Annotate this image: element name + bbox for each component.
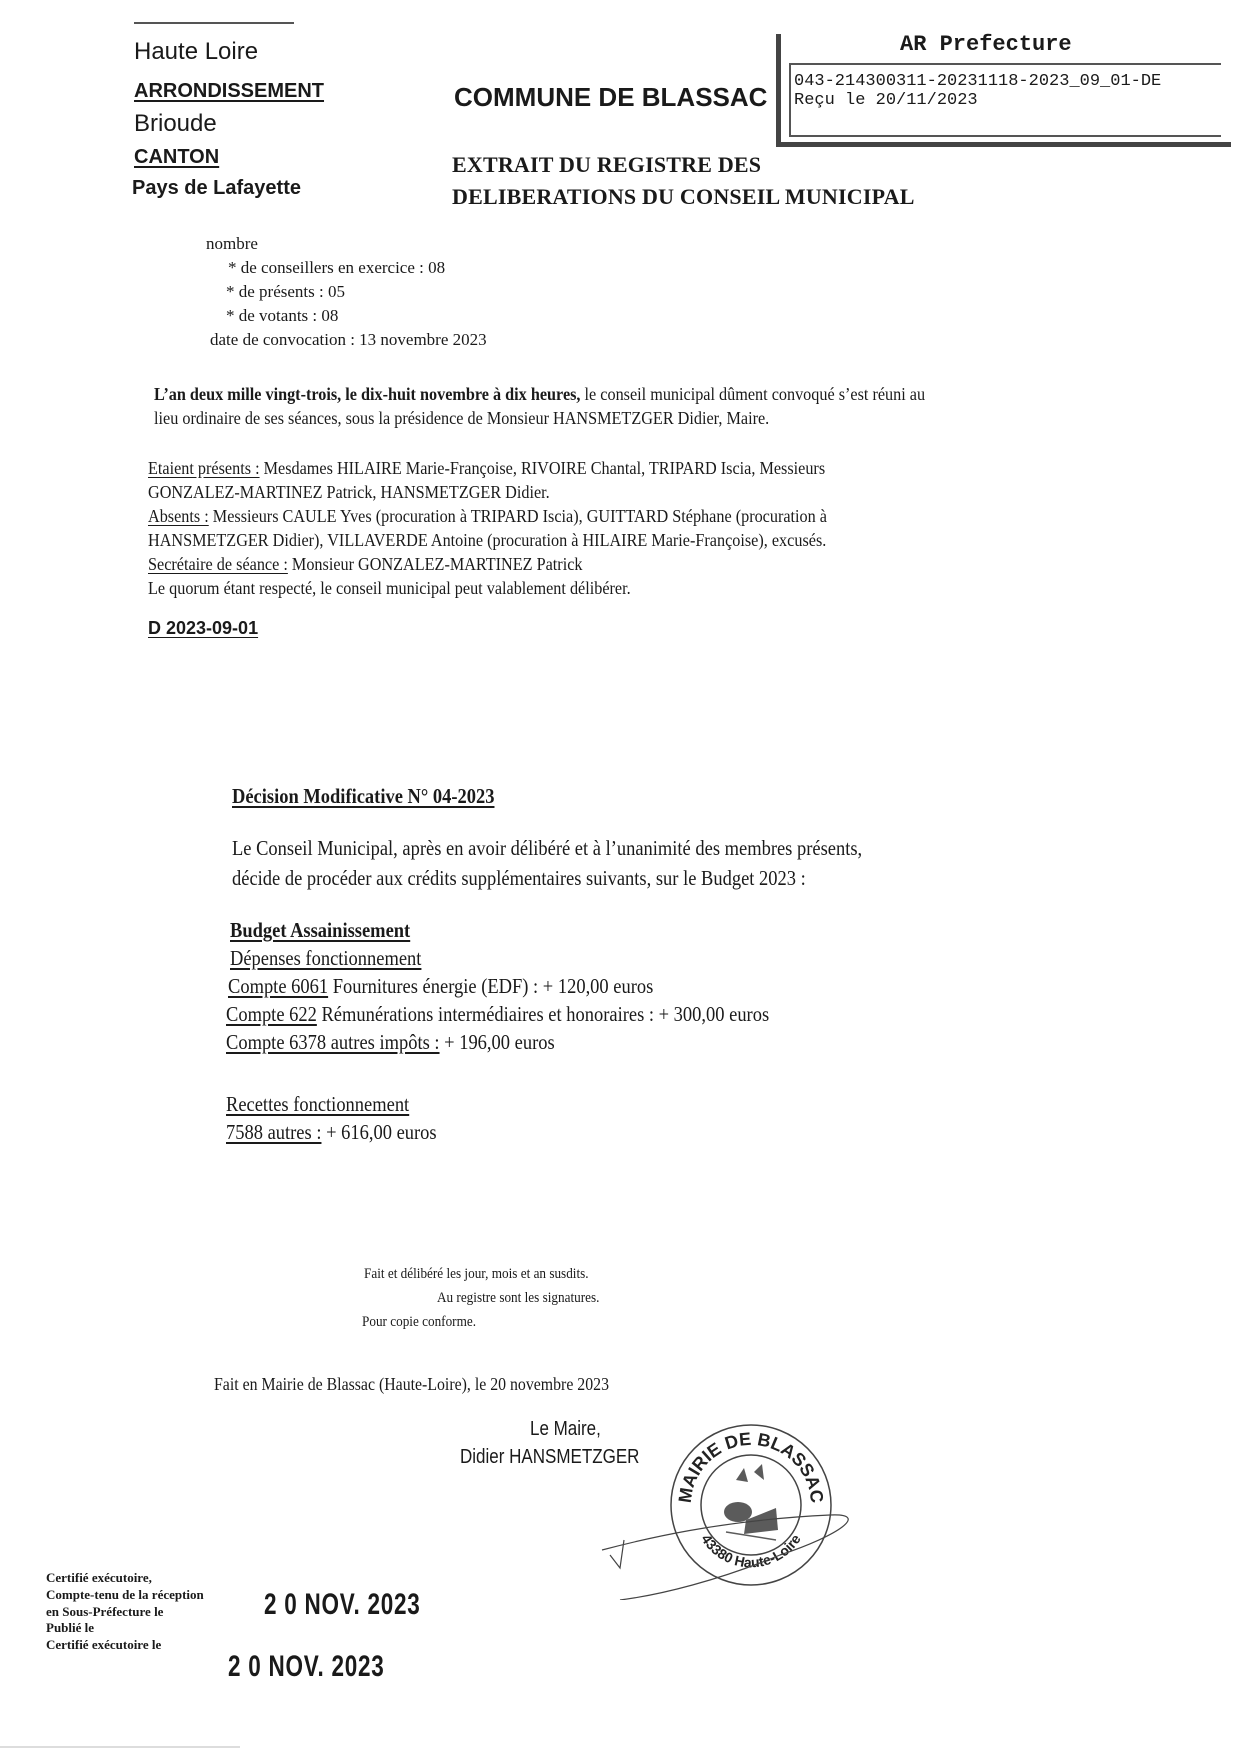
closing-line2: Au registre sont les signatures.: [437, 1290, 599, 1307]
depense-label: + 196,00 euros: [440, 1030, 555, 1054]
secretaire-name: Monsieur GONZALEZ-MARTINEZ Patrick: [288, 554, 583, 574]
arrondissement-label: ARRONDISSEMENT: [134, 80, 324, 103]
depense-label: Fournitures énergie (EDF) : + 120,00 eur…: [328, 974, 653, 998]
depense-account: Compte 6061: [228, 974, 328, 998]
absents-line2: HANSMETZGER Didier), VILLAVERDE Antoine …: [148, 530, 826, 551]
extrait-title-line1: EXTRAIT DU REGISTRE DES: [452, 152, 761, 178]
secretaire-label: Secrétaire de séance :: [148, 554, 288, 574]
presents-label: Etaient présents :: [148, 458, 260, 478]
preamble-line1-rest: le conseil municipal dûment convoqué s’e…: [580, 384, 925, 404]
cert-line1: Certifié exécutoire,: [46, 1570, 152, 1586]
ar-received-date: Reçu le 20/11/2023: [794, 91, 978, 110]
departement-label-obscured: [134, 14, 294, 24]
recette-account: 7588 autres :: [226, 1120, 321, 1144]
recette-label: + 616,00 euros: [321, 1120, 436, 1144]
stats-convocation-date: date de convocation : 13 novembre 2023: [210, 330, 487, 350]
cert-line2: Compte-tenu de la réception: [46, 1587, 204, 1603]
preamble-line1: L’an deux mille vingt-trois, le dix-huit…: [154, 384, 925, 405]
absents-line1: Absents : Messieurs CAULE Yves (procurat…: [148, 506, 827, 527]
cert-line4: Publié le: [46, 1620, 94, 1636]
preamble-line2: lieu ordinaire de ses séances, sous la p…: [154, 408, 769, 429]
absents-names-1: Messieurs CAULE Yves (procuration à TRIP…: [209, 506, 827, 526]
closing-line1: Fait et délibéré les jour, mois et an su…: [364, 1266, 589, 1283]
deliberation-number: D 2023-09-01: [148, 618, 258, 639]
presents-line1: Etaient présents : Mesdames HILAIRE Mari…: [148, 458, 825, 479]
preamble-date-text: L’an deux mille vingt-trois, le dix-huit…: [154, 384, 580, 404]
decision-text-line2: décide de procéder aux crédits supplémen…: [232, 866, 806, 891]
stats-nombre-label: nombre: [206, 234, 258, 254]
depenses-title: Dépenses fonctionnement: [230, 946, 421, 971]
budget-title: Budget Assainissement: [230, 918, 410, 943]
cert-line5: Certifié exécutoire le: [46, 1637, 161, 1653]
depense-account: Compte 622: [226, 1002, 317, 1026]
fait-en-mairie: Fait en Mairie de Blassac (Haute-Loire),…: [214, 1374, 609, 1395]
departement: Haute Loire: [134, 38, 258, 66]
quorum-line: Le quorum étant respecté, le conseil mun…: [148, 578, 631, 599]
canton-value: Pays de Lafayette: [132, 177, 301, 200]
mayor-signature: [600, 1480, 860, 1600]
decision-text-line1: Le Conseil Municipal, après en avoir dél…: [232, 836, 862, 861]
presents-names-1: Mesdames HILAIRE Marie-Françoise, RIVOIR…: [260, 458, 826, 478]
secretaire-line: Secrétaire de séance : Monsieur GONZALEZ…: [148, 554, 582, 575]
extrait-title-line2: DELIBERATIONS DU CONSEIL MUNICIPAL: [452, 184, 915, 210]
maire-title: Le Maire,: [530, 1418, 601, 1441]
canton-label: CANTON: [134, 146, 219, 169]
depense-row: Compte 622 Rémunérations intermédiaires …: [226, 1002, 769, 1027]
stats-conseillers: * de conseillers en exercice : 08: [228, 258, 445, 278]
recette-row: 7588 autres : + 616,00 euros: [226, 1120, 437, 1145]
stats-votants: * de votants : 08: [226, 306, 338, 326]
presents-line2: GONZALEZ-MARTINEZ Patrick, HANSMETZGER D…: [148, 482, 550, 503]
absents-label: Absents :: [148, 506, 209, 526]
closing-line3: Pour copie conforme.: [362, 1314, 476, 1331]
depense-account: Compte 6378 autres impôts :: [226, 1030, 440, 1054]
cert-line3: en Sous-Préfecture le: [46, 1604, 163, 1620]
page-edge-line: [0, 1746, 240, 1748]
ar-prefecture-title: AR Prefecture: [900, 32, 1072, 57]
depense-row: Compte 6378 autres impôts : + 196,00 eur…: [226, 1030, 555, 1055]
maire-name: Didier HANSMETZGER: [460, 1446, 639, 1469]
depense-label: Rémunérations intermédiaires et honorair…: [317, 1002, 769, 1026]
reception-date-stamp: 2 0 NOV. 2023: [264, 1588, 421, 1622]
commune-title: COMMUNE DE BLASSAC: [454, 82, 767, 113]
executoire-date-stamp: 2 0 NOV. 2023: [228, 1650, 385, 1684]
depense-row: Compte 6061 Fournitures énergie (EDF) : …: [228, 974, 653, 999]
recettes-title: Recettes fonctionnement: [226, 1092, 409, 1117]
arrondissement-value: Brioude: [134, 110, 217, 138]
decision-title: Décision Modificative N° 04-2023: [232, 784, 494, 809]
stats-presents: * de présents : 05: [226, 282, 345, 302]
ar-reference: 043-214300311-20231118-2023_09_01-DE: [794, 72, 1161, 91]
